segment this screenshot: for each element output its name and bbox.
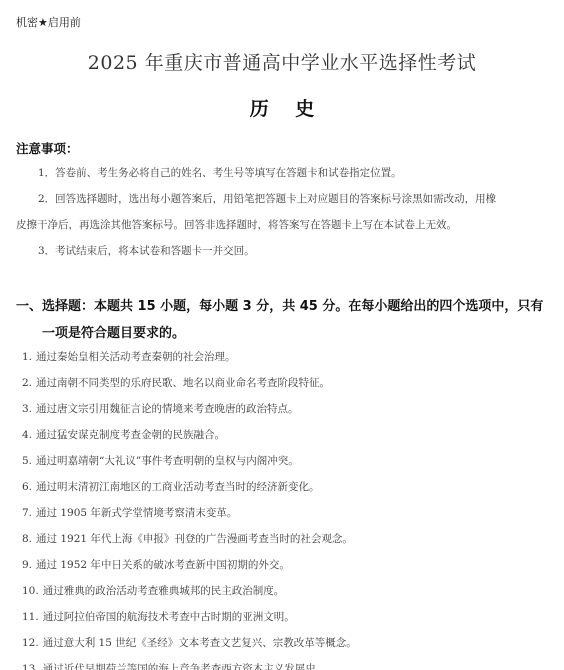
confidential-label: 机密★启用前 [16,14,81,30]
subject-title: 历 史 [0,94,564,121]
question-number: 5. [22,455,32,467]
notice-heading: 注意事项： [16,139,79,157]
question-text: 通过近代早期荷兰等国的海上竞争考查西方资本主义发展史。 [43,663,327,670]
notice-item-2: 2．回答选择题时，选出每小题答案后，用铅笔把答题卡上对应题目的答案标号涂黑如需改… [16,193,550,205]
question-item: 4.通过猛安谋克制度考查金朝的民族融合。 [22,427,225,442]
question-text: 通过雅典的政治活动考查雅典城邦的民主政治制度。 [43,585,285,597]
question-text: 通过明嘉靖朝“大礼议”事件考查明朝的皇权与内阁冲突。 [36,455,299,467]
question-text: 通过唐文宗引用魏征言论的情境来考查晚唐的政治特点。 [36,403,299,415]
question-number: 1. [22,351,32,363]
question-item: 3.通过唐文宗引用魏征言论的情境来考查晚唐的政治特点。 [22,401,299,416]
question-text: 通过 1952 年中日关系的破冰考查新中国初期的外交。 [36,559,290,571]
question-item: 13.通过近代早期荷兰等国的海上竞争考查西方资本主义发展史。 [22,661,326,670]
exam-title: 2025 年重庆市普通高中学业水平选择性考试 [0,48,564,75]
question-item: 11.通过阿拉伯帝国的航海技术考查中古时期的亚洲文明。 [22,609,295,624]
question-number: 12. [22,637,39,649]
question-item: 1.通过秦始皇相关活动考查秦朝的社会治理。 [22,349,236,364]
notice-item-3: 3．考试结束后，将本试卷和答题卡一并交回。 [16,245,550,257]
section-heading-continued: 一项是符合题目要求的。 [42,322,552,341]
question-text: 通过南朝不同类型的乐府民歌、地名以商业命名考查阶段特征。 [36,377,330,389]
question-item: 8.通过 1921 年代上海《申报》刊登的广告漫画考查当时的社会观念。 [22,531,353,546]
question-item: 7.通过 1905 年新式学堂情境考察清末变革。 [22,505,237,520]
question-text: 通过意大利 15 世纪《圣经》文本考查文艺复兴、宗教改革等概念。 [43,637,357,649]
question-text: 通过 1905 年新式学堂情境考察清末变革。 [36,507,237,519]
question-item: 12.通过意大利 15 世纪《圣经》文本考查文艺复兴、宗教改革等概念。 [22,635,357,650]
question-number: 2. [22,377,32,389]
section-heading: 一、选择题：本题共 15 小题，每小题 3 分，共 45 分。在每小题给出的四个… [16,295,552,314]
question-number: 13. [22,663,39,670]
question-number: 3. [22,403,32,415]
question-text: 通过猛安谋克制度考查金朝的民族融合。 [36,429,225,441]
question-item: 10.通过雅典的政治活动考查雅典城邦的民主政治制度。 [22,583,284,598]
question-text: 通过明末清初江南地区的工商业活动考查当时的经济新变化。 [36,481,320,493]
question-text: 通过阿拉伯帝国的航海技术考查中古时期的亚洲文明。 [43,611,295,623]
question-number: 10. [22,585,39,597]
notice-item-1: 1．答卷前、考生务必将自己的姓名、考生号等填写在答题卡和试卷指定位置。 [16,167,550,179]
question-number: 11. [22,611,39,623]
question-number: 9. [22,559,32,571]
question-item: 5.通过明嘉靖朝“大礼议”事件考查明朝的皇权与内阁冲突。 [22,453,299,468]
question-text: 通过 1921 年代上海《申报》刊登的广告漫画考查当时的社会观念。 [36,533,353,545]
question-item: 2.通过南朝不同类型的乐府民歌、地名以商业命名考查阶段特征。 [22,375,330,390]
question-item: 6.通过明末清初江南地区的工商业活动考查当时的经济新变化。 [22,479,320,494]
question-number: 4. [22,429,32,441]
question-number: 7. [22,507,32,519]
question-number: 6. [22,481,32,493]
question-text: 通过秦始皇相关活动考查秦朝的社会治理。 [36,351,236,363]
notice-item-2-continued: 皮擦干净后，再选涂其他答案标号。回答非选择题时，将答案写在答题卡上写在本试卷上无… [16,219,550,231]
question-item: 9.通过 1952 年中日关系的破冰考查新中国初期的外交。 [22,557,290,572]
question-number: 8. [22,533,32,545]
